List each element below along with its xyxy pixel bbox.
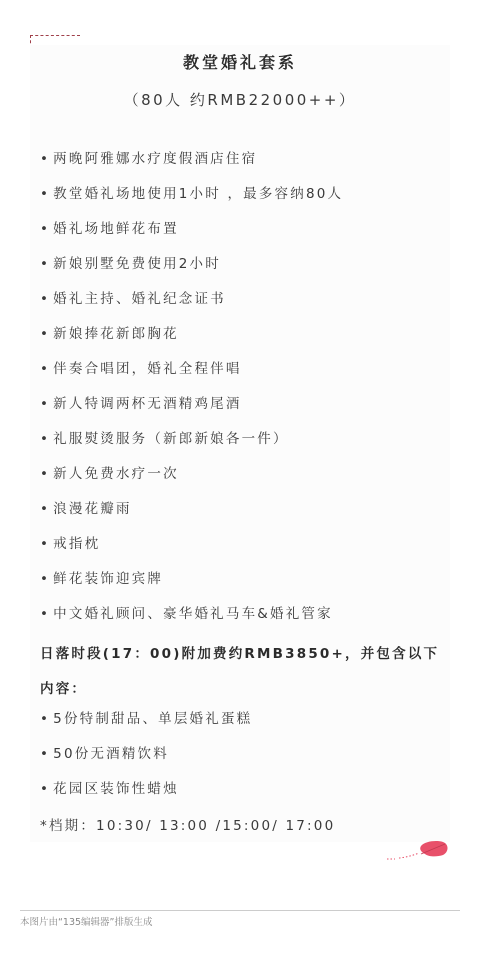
- bullet-icon: •: [40, 288, 50, 310]
- list-item: •新人免费水疗一次: [40, 463, 343, 498]
- list-item-text: 花园区装饰性蜡烛: [53, 781, 179, 797]
- list-item-text: 新人免费水疗一次: [53, 466, 179, 482]
- sunset-surcharge-note: 日落时段(17：00)附加费约RMB3850+，并包含以下内容：: [40, 637, 440, 707]
- bullet-icon: •: [40, 533, 50, 555]
- bullet-icon: •: [40, 743, 50, 765]
- list-item: •两晚阿雅娜水疗度假酒店住宿: [40, 148, 343, 183]
- list-item: •新娘别墅免费使用2小时: [40, 253, 343, 288]
- list-item-text: 戒指枕: [53, 536, 100, 552]
- bullet-icon: •: [40, 463, 50, 485]
- list-item-text: 5份特制甜品、单层婚礼蛋糕: [53, 711, 252, 727]
- bullet-icon: •: [40, 323, 50, 345]
- list-item: •50份无酒精饮料: [40, 743, 252, 778]
- list-item-text: 浪漫花瓣雨: [53, 501, 132, 517]
- list-item: •婚礼场地鲜花布置: [40, 218, 343, 253]
- bullet-icon: •: [40, 218, 50, 240]
- bullet-icon: •: [40, 778, 50, 800]
- bullet-icon: •: [40, 358, 50, 380]
- bullet-icon: •: [40, 603, 50, 625]
- list-item: •新人特调两杯无酒精鸡尾酒: [40, 393, 343, 428]
- list-item: •伴奏合唱团，婚礼全程伴唱: [40, 358, 343, 393]
- list-item-text: 新人特调两杯无酒精鸡尾酒: [53, 396, 241, 412]
- list-item: •礼服熨烫服务（新郎新娘各一件）: [40, 428, 343, 463]
- list-item: •教堂婚礼场地使用1小时 ，最多容纳80人: [40, 183, 343, 218]
- bullet-icon: •: [40, 498, 50, 520]
- page-title: 教堂婚礼套系: [0, 50, 480, 73]
- list-item: •新娘捧花新郎胸花: [40, 323, 343, 358]
- list-item-text: 50份无酒精饮料: [53, 746, 169, 762]
- list-item-text: 新娘别墅免费使用2小时: [53, 256, 221, 272]
- list-item-text: 中文婚礼顾问、豪华婚礼马车&婚礼管家: [53, 606, 333, 622]
- list-item: •鲜花装饰迎宾牌: [40, 568, 343, 603]
- package-subtitle: （80人 约RMB22000++）: [0, 89, 480, 110]
- heart-petal-icon: [385, 838, 455, 864]
- bullet-icon: •: [40, 393, 50, 415]
- list-item: •戒指枕: [40, 533, 343, 568]
- bullet-icon: •: [40, 183, 50, 205]
- list-item-text: 新娘捧花新郎胸花: [53, 326, 179, 342]
- bullet-icon: •: [40, 253, 50, 275]
- sunset-items-list: •5份特制甜品、单层婚礼蛋糕 •50份无酒精饮料 •花园区装饰性蜡烛: [40, 708, 252, 813]
- schedule-times: *档期：10:30/ 13:00 /15:00/ 17:00: [40, 814, 335, 834]
- list-item-text: 教堂婚礼场地使用1小时 ，最多容纳80人: [53, 186, 343, 202]
- list-item: •中文婚礼顾问、豪华婚礼马车&婚礼管家: [40, 603, 343, 638]
- list-item: •5份特制甜品、单层婚礼蛋糕: [40, 708, 252, 743]
- list-item: •花园区装饰性蜡烛: [40, 778, 252, 813]
- list-item-text: 礼服熨烫服务（新郎新娘各一件）: [53, 431, 289, 447]
- list-item-text: 婚礼主持、婚礼纪念证书: [53, 291, 226, 307]
- list-item: •婚礼主持、婚礼纪念证书: [40, 288, 343, 323]
- list-item: •浪漫花瓣雨: [40, 498, 343, 533]
- bullet-icon: •: [40, 708, 50, 730]
- footer-divider: [20, 910, 460, 911]
- footer-credit: 本图片由“135编辑器”排版生成: [20, 914, 152, 928]
- bullet-icon: •: [40, 568, 50, 590]
- bullet-icon: •: [40, 428, 50, 450]
- list-item-text: 两晚阿雅娜水疗度假酒店住宿: [53, 151, 257, 167]
- list-item-text: 鲜花装饰迎宾牌: [53, 571, 163, 587]
- package-items-list: •两晚阿雅娜水疗度假酒店住宿 •教堂婚礼场地使用1小时 ，最多容纳80人 •婚礼…: [40, 148, 343, 638]
- bullet-icon: •: [40, 148, 50, 170]
- list-item-text: 伴奏合唱团，婚礼全程伴唱: [53, 361, 241, 377]
- list-item-text: 婚礼场地鲜花布置: [53, 221, 179, 237]
